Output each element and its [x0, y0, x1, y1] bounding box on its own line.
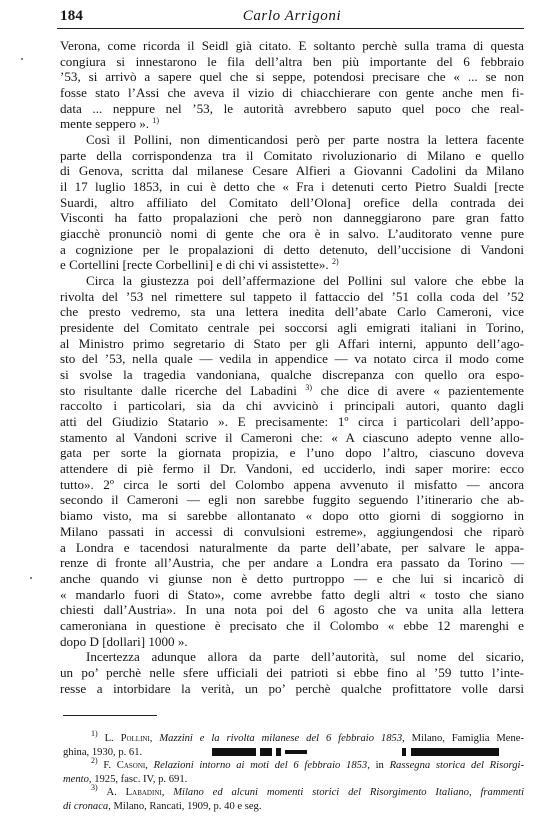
footnote-journal: Rassegna storica del Risorgi- — [390, 760, 524, 771]
text-line: sto risultante dalle ricerche del Labadi… — [60, 383, 524, 399]
text-line: fosse stato l’Assi che aveva il vizio di… — [60, 85, 524, 101]
text-line: di Genova, scritta dal milanese Cesare A… — [60, 163, 524, 179]
footnote-title: di cronaca — [63, 801, 108, 812]
footnote-author: F. Casoni, — [103, 760, 148, 771]
footnote-3: 3) A. Labadini, Milano ed alcuni momenti… — [63, 786, 524, 800]
scan-smudge — [260, 748, 272, 756]
text-fragment: che dice di avere « pazientemente — [321, 383, 524, 398]
footnote-2: 2) F. Casoni, Relazioni intorno ai moti … — [63, 759, 524, 773]
text-line: anche quando vi giunse non è detto purtr… — [60, 571, 524, 587]
text-line: atti del Giudizio Statario ». E precisam… — [60, 414, 524, 430]
footnote-ref: 3) — [305, 383, 312, 392]
text-line: un po’ perchè nelle sfere ufficiali dei … — [60, 665, 524, 681]
header-rule — [57, 28, 524, 29]
body-text: Verona, come ricorda il Seidl già citato… — [60, 38, 524, 696]
text-line: congiura si innestarono le fila dell’alt… — [60, 54, 524, 70]
footnote-publication: , Milano, Rancati, 1909, p. 40 e seg. — [108, 801, 261, 812]
scan-speck — [30, 577, 32, 579]
text-line: data ... neppure nel ’53, le autorità av… — [60, 101, 524, 117]
text-line: al Ministro primo segretario di Stato pe… — [60, 336, 524, 352]
scan-smudge — [411, 748, 499, 756]
text-line: biamo visto, ma si sarebbe allontanato «… — [60, 508, 524, 524]
paragraph-start: Incertezza adunque allora da parte dell’… — [60, 649, 524, 665]
text-line: Milano passati in accessi di convulsioni… — [60, 524, 524, 540]
footnote-1-cont: ghina, 1930, p. 61. — [63, 746, 524, 760]
text-line: giacchè pronunciò nomi di gente che ora … — [60, 226, 524, 242]
text-line: a Londra e tacendosi naturalmente da par… — [60, 540, 524, 556]
text-fragment: mente seppero ». — [60, 116, 149, 131]
footnote-2-cont: mento, 1925, fasc. IV, p. 691. — [63, 773, 524, 787]
footnote-marker: 3) — [91, 783, 98, 792]
footnote-publication: , Milano, Famiglia Mene- — [402, 733, 524, 744]
text-line: gata per sorte la giornata propizia, e l… — [60, 445, 524, 461]
footnote-publication: , 1925, fasc. IV, p. 691. — [89, 774, 187, 785]
footnote-3-cont: di cronaca, Milano, Rancati, 1909, p. 40… — [63, 800, 524, 814]
text-line: « mandarlo fuori di Stato», come avrebbe… — [60, 587, 524, 603]
footnote-author: L. Pollini, — [105, 733, 153, 744]
text-line: rivolta del ’53 nel rimettere sul tappet… — [60, 289, 524, 305]
scan-smudge — [276, 748, 281, 756]
scan-smudge — [402, 748, 406, 756]
footnote-text: , in — [367, 760, 389, 771]
footnote-marker: 2) — [91, 756, 98, 765]
scan-speck — [21, 58, 23, 60]
text-line: a cognizione per le propalazioni di dett… — [60, 242, 524, 258]
text-line: tutto». 2º circa le sorti del Colombo ap… — [60, 477, 524, 493]
text-line: presidente del Comitato centrale pei soc… — [60, 320, 524, 336]
footnote-marker: 1) — [91, 729, 98, 738]
footnote-title: Relazioni intorno ai moti del 6 febbraio… — [154, 760, 368, 771]
footnote-journal: mento — [63, 774, 89, 785]
footnote-rule — [63, 715, 157, 716]
footnote-publication: ghina, 1930, p. 61. — [63, 747, 142, 758]
text-line: sto del ’53, nella quale — vedila in app… — [60, 351, 524, 367]
text-line: il 17 luglio 1853, in cui è detto che « … — [60, 179, 524, 195]
scan-smudge — [285, 750, 307, 754]
running-title: Carlo Arrigoni — [60, 8, 524, 25]
text-line: si svolse la tragedia vandoniana, qualch… — [60, 367, 524, 383]
text-line: ’53, si arrivò a sapere quel che si sepp… — [60, 69, 524, 85]
text-line: attendere di piè fermo il Dr. Vandoni, e… — [60, 461, 524, 477]
text-line: secondo il Cameroni — egli non sarebbe f… — [60, 492, 524, 508]
text-fragment: sto risultante dalle ricerche del Labadi… — [60, 383, 297, 398]
text-line: parte della corrispondenza tra il Comita… — [60, 148, 524, 164]
text-line: chiesti dall’Austria». In una nota poi d… — [60, 602, 524, 618]
footnote-ref: 1) — [152, 116, 159, 125]
text-line: resse a intorbidare la verità, un po’ pe… — [60, 681, 524, 697]
scan-smudge — [212, 748, 256, 756]
text-line: e Cortellini [recte Corbellini] e di chi… — [60, 257, 524, 273]
text-line: renze di fronte all’Austria, che per and… — [60, 555, 524, 571]
text-line: Verona, come ricorda il Seidl già citato… — [60, 38, 524, 54]
paragraph-start: Circa la giustezza poi dell’affermazione… — [60, 273, 524, 289]
text-line: cameroniana in questione è precisato che… — [60, 618, 524, 634]
paragraph-start: Così il Pollini, non dimenticandosi però… — [60, 132, 524, 148]
footnote-title: Milano ed alcuni momenti storici del Ris… — [173, 787, 524, 798]
text-fragment: e Cortellini [recte Corbellini] e di chi… — [60, 257, 329, 272]
footnote-author: A. Labadini, — [107, 787, 165, 798]
footnote-title: Mazzini e la rivolta milanese del 6 febb… — [159, 733, 402, 744]
page-header: 184 Carlo Arrigoni — [60, 6, 524, 28]
text-line: raccolto i particolari, sia da chi avvic… — [60, 398, 524, 414]
text-line: dopo D [dollari] 1000 ». — [60, 634, 524, 650]
text-line: mente seppero ». 1) — [60, 116, 524, 132]
footnote-ref: 2) — [332, 257, 339, 266]
text-line: Visconti ha fatto propalazioni che però … — [60, 210, 524, 226]
text-line: che presto vedremo, sta una lettera ined… — [60, 304, 524, 320]
footnote-1: 1) L. Pollini, Mazzini e la rivolta mila… — [63, 732, 524, 746]
footnotes: 1) L. Pollini, Mazzini e la rivolta mila… — [63, 732, 524, 813]
text-line: stamento al Vandoni scrive il Cameroni c… — [60, 430, 524, 446]
text-line: Suardi, altro affiliato del Comitato del… — [60, 195, 524, 211]
